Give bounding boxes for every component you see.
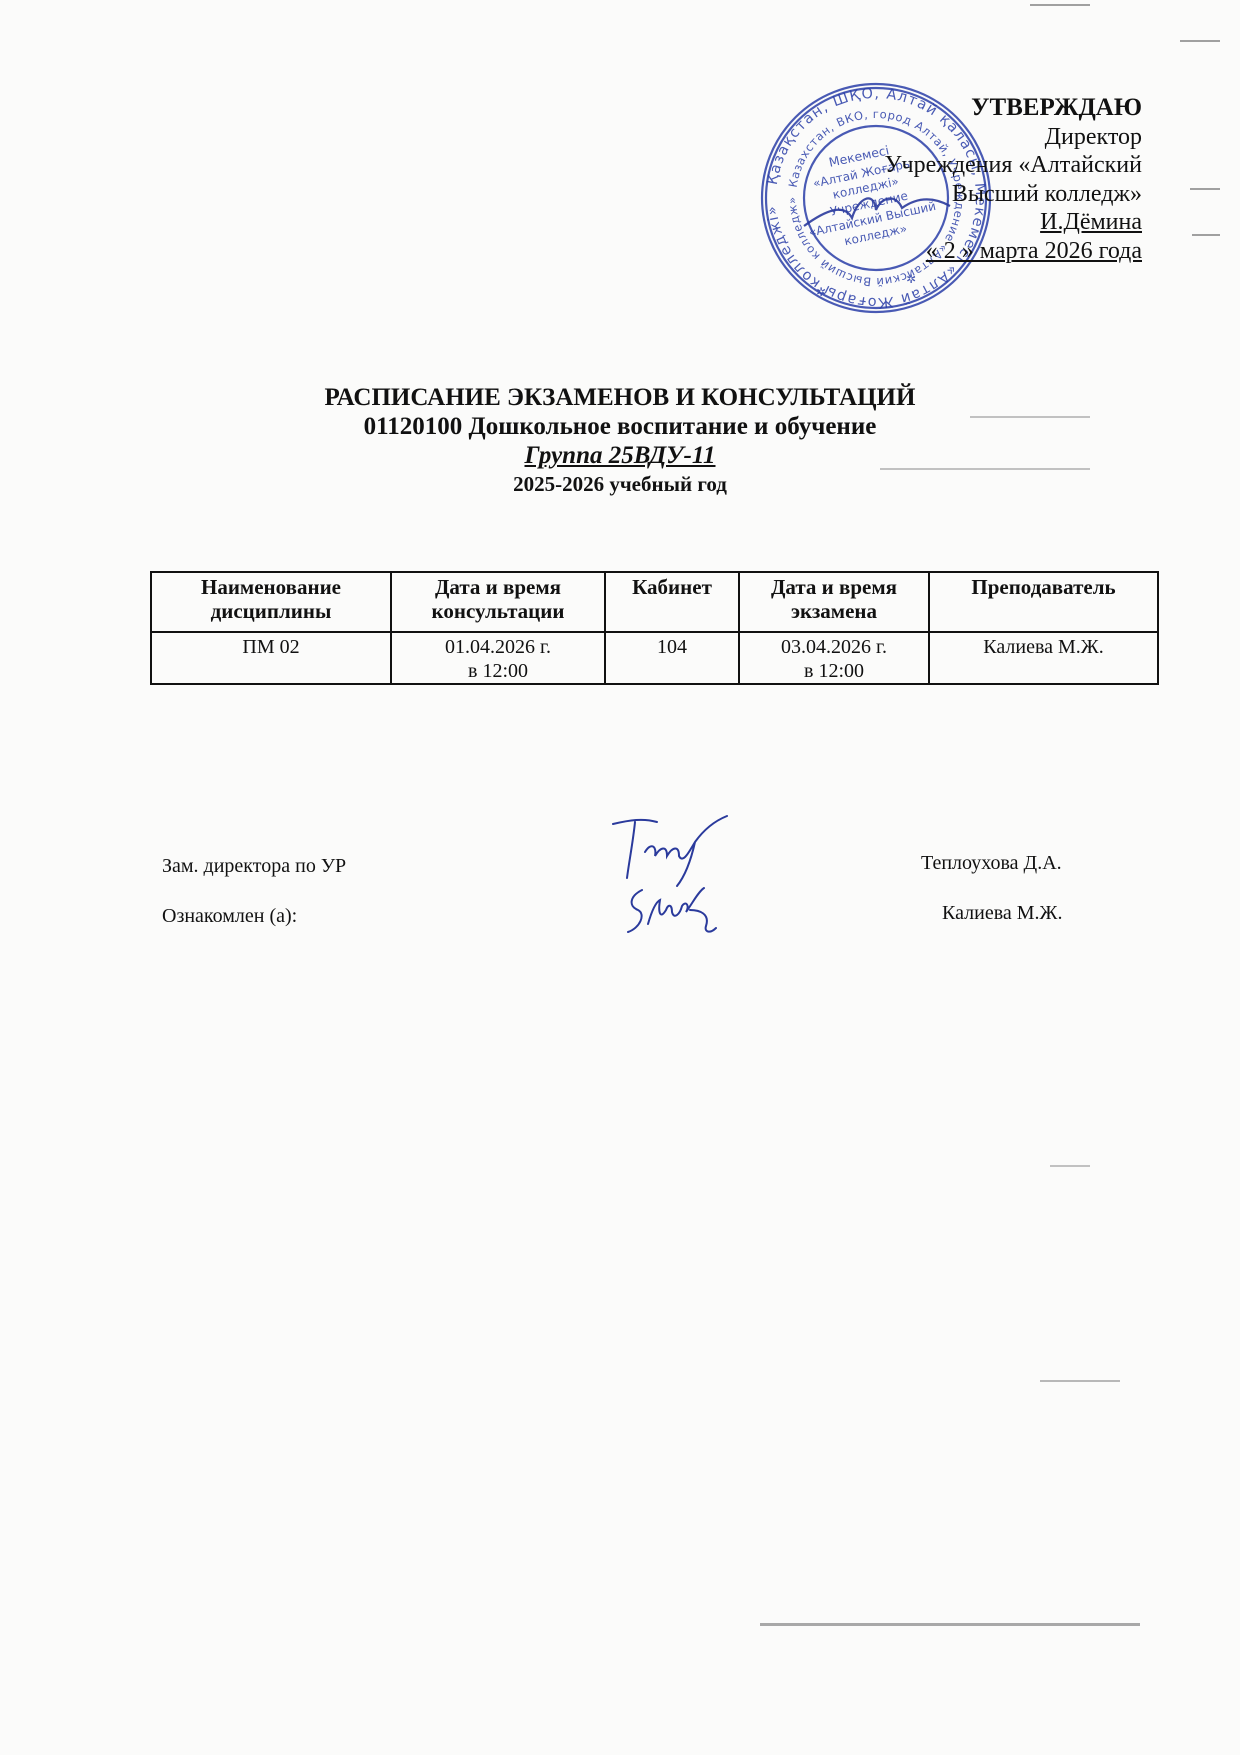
scan-artifact [970, 416, 1090, 418]
acknowledged-name: Калиева М.Ж. [942, 902, 1062, 925]
approval-signatory: И.Дёмина [885, 208, 1142, 237]
svg-text:✲: ✲ [906, 272, 916, 286]
svg-text:✲: ✲ [816, 285, 826, 299]
header-discipline: Наименование дисциплины [151, 572, 391, 632]
cell-discipline: ПМ 02 [151, 632, 391, 684]
title-line1: РАСПИСАНИЕ ЭКЗАМЕНОВ И КОНСУЛЬТАЦИЙ [0, 383, 1240, 412]
scan-artifact [1180, 40, 1220, 42]
scan-artifact [760, 1623, 1140, 1626]
scan-artifact [1030, 4, 1090, 6]
cell-room: 104 [605, 632, 739, 684]
deputy-director-name: Теплоухова Д.А. [921, 852, 1062, 875]
header-room: Кабинет [605, 572, 739, 632]
table-header-row: Наименование дисциплины Дата и время кон… [151, 572, 1158, 632]
approval-org-line2: Высший колледж» [885, 180, 1142, 209]
cell-teacher: Калиева М.Ж. [929, 632, 1158, 684]
acknowledged-label: Ознакомлен (а): [162, 905, 297, 928]
schedule-table: Наименование дисциплины Дата и время кон… [150, 571, 1159, 685]
scan-artifact [1190, 188, 1220, 190]
approval-position: Директор [885, 123, 1142, 152]
approval-date: « 2 » марта 2026 года [885, 237, 1142, 266]
header-consultation: Дата и время консультации [391, 572, 605, 632]
deputy-director-label: Зам. директора по УР [162, 855, 346, 878]
table-row: ПМ 02 01.04.2026 г. в 12:00 104 03.04.20… [151, 632, 1158, 684]
title-group: Группа 25ВДУ-11 [525, 442, 716, 469]
cell-exam: 03.04.2026 г. в 12:00 [739, 632, 929, 684]
scan-artifact [1050, 1165, 1090, 1167]
scan-artifact [1192, 234, 1220, 236]
header-teacher: Преподаватель [929, 572, 1158, 632]
acknowledged-signature [620, 880, 730, 940]
scan-artifact [880, 468, 1090, 470]
title-academic-year: 2025-2026 учебный год [0, 470, 1240, 499]
approval-org-line1: Учреждения «Алтайский [885, 151, 1142, 180]
scan-artifact [1040, 1380, 1120, 1382]
cell-consultation: 01.04.2026 г. в 12:00 [391, 632, 605, 684]
approval-block: УТВЕРЖДАЮ Директор Учреждения «Алтайский… [885, 94, 1142, 265]
approval-heading: УТВЕРЖДАЮ [885, 94, 1142, 123]
document-title: РАСПИСАНИЕ ЭКЗАМЕНОВ И КОНСУЛЬТАЦИЙ 0112… [0, 383, 1240, 499]
header-exam: Дата и время экзамена [739, 572, 929, 632]
